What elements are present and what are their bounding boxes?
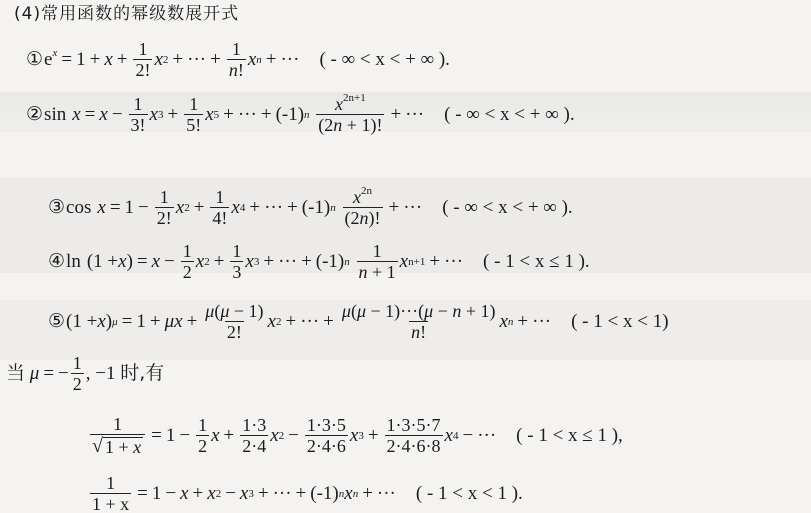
convergence-condition: ( - 1 < x < 1): [571, 312, 668, 331]
convergence-condition: ( - 1 < x ≤ 1 ).: [483, 252, 590, 271]
fraction: 1 √1 + x: [90, 415, 145, 456]
fraction: μ(μ − 1)···(μ − n + 1)n!: [340, 302, 498, 341]
fraction: 13!: [129, 95, 148, 134]
formula-cos: ③ cosx=1− 12! x2+ 14! x4+···+ (-1)n x2n(…: [48, 188, 573, 227]
fraction: 1·32·4: [240, 416, 268, 455]
fraction: 15!: [184, 95, 203, 134]
fraction: 11 + x: [90, 474, 131, 513]
fraction: x2n(2n)!: [343, 188, 383, 227]
fraction: 12!: [133, 40, 152, 79]
sqrt-sign: √1 + x: [92, 436, 143, 456]
formula-marker: ④: [48, 252, 65, 271]
formula-lhs: ex: [44, 50, 57, 69]
fraction: 13: [230, 242, 243, 281]
formula-inv-1px: 11 + x =1−x+x2−x3+···+ (-1)nxn+··· ( - 1…: [88, 474, 523, 513]
section-heading: (4)常用函数的幂级数展开式: [14, 6, 239, 23]
formula-marker: ①: [26, 50, 43, 69]
formula-inv-sqrt: 1 √1 + x =1− 12 x+ 1·32·4 x2− 1·3·52·4·6…: [88, 415, 623, 456]
fraction: 12: [196, 416, 209, 455]
formula-binomial: ⑤ (1 + x)μ=1+μx+ μ(μ − 1)2! x2+···+ μ(μ …: [48, 302, 669, 341]
fraction: x2n+1(2n + 1)!: [316, 95, 384, 134]
formula-marker: ⑤: [48, 312, 65, 331]
fraction: 12!: [155, 188, 174, 227]
convergence-condition: ( - 1 < x ≤ 1 ),: [516, 426, 623, 445]
fraction: 12: [181, 242, 194, 281]
fraction: 12: [71, 354, 84, 393]
fraction: 1n!: [227, 40, 246, 79]
convergence-condition: ( - 1 < x < 1 ).: [416, 484, 523, 503]
fraction: 1·3·52·4·6: [305, 416, 348, 455]
fraction: μ(μ − 1)2!: [203, 302, 265, 341]
formula-marker: ②: [26, 105, 43, 124]
fraction: 1·3·5·72·4·6·8: [385, 416, 443, 455]
convergence-condition: ( - ∞ < x < + ∞ ).: [442, 198, 572, 217]
formula-exp: ① ex =1 +x+ 12! x2+···+ 1n! xn+··· ( - ∞…: [26, 40, 450, 79]
formula-ln: ④ ln(1 + x)=x− 12 x2+ 13 x3+···+ (-1)n 1…: [48, 242, 590, 281]
formula-marker: ③: [48, 198, 65, 217]
convergence-condition: ( - ∞ < x < + ∞ ).: [319, 50, 449, 69]
special-case-intro: 当 μ=− 12 , −1 时,有: [6, 354, 164, 393]
formula-sin: ② sinx=x− 13! x3+ 15! x5+···+ (-1)n x2n+…: [26, 95, 575, 134]
fraction: 14!: [210, 188, 229, 227]
fraction: 1n + 1: [357, 242, 398, 281]
convergence-condition: ( - ∞ < x < + ∞ ).: [444, 105, 574, 124]
textbook-page: (4)常用函数的幂级数展开式 ① ex =1 +x+ 12! x2+···+ 1…: [0, 0, 811, 513]
